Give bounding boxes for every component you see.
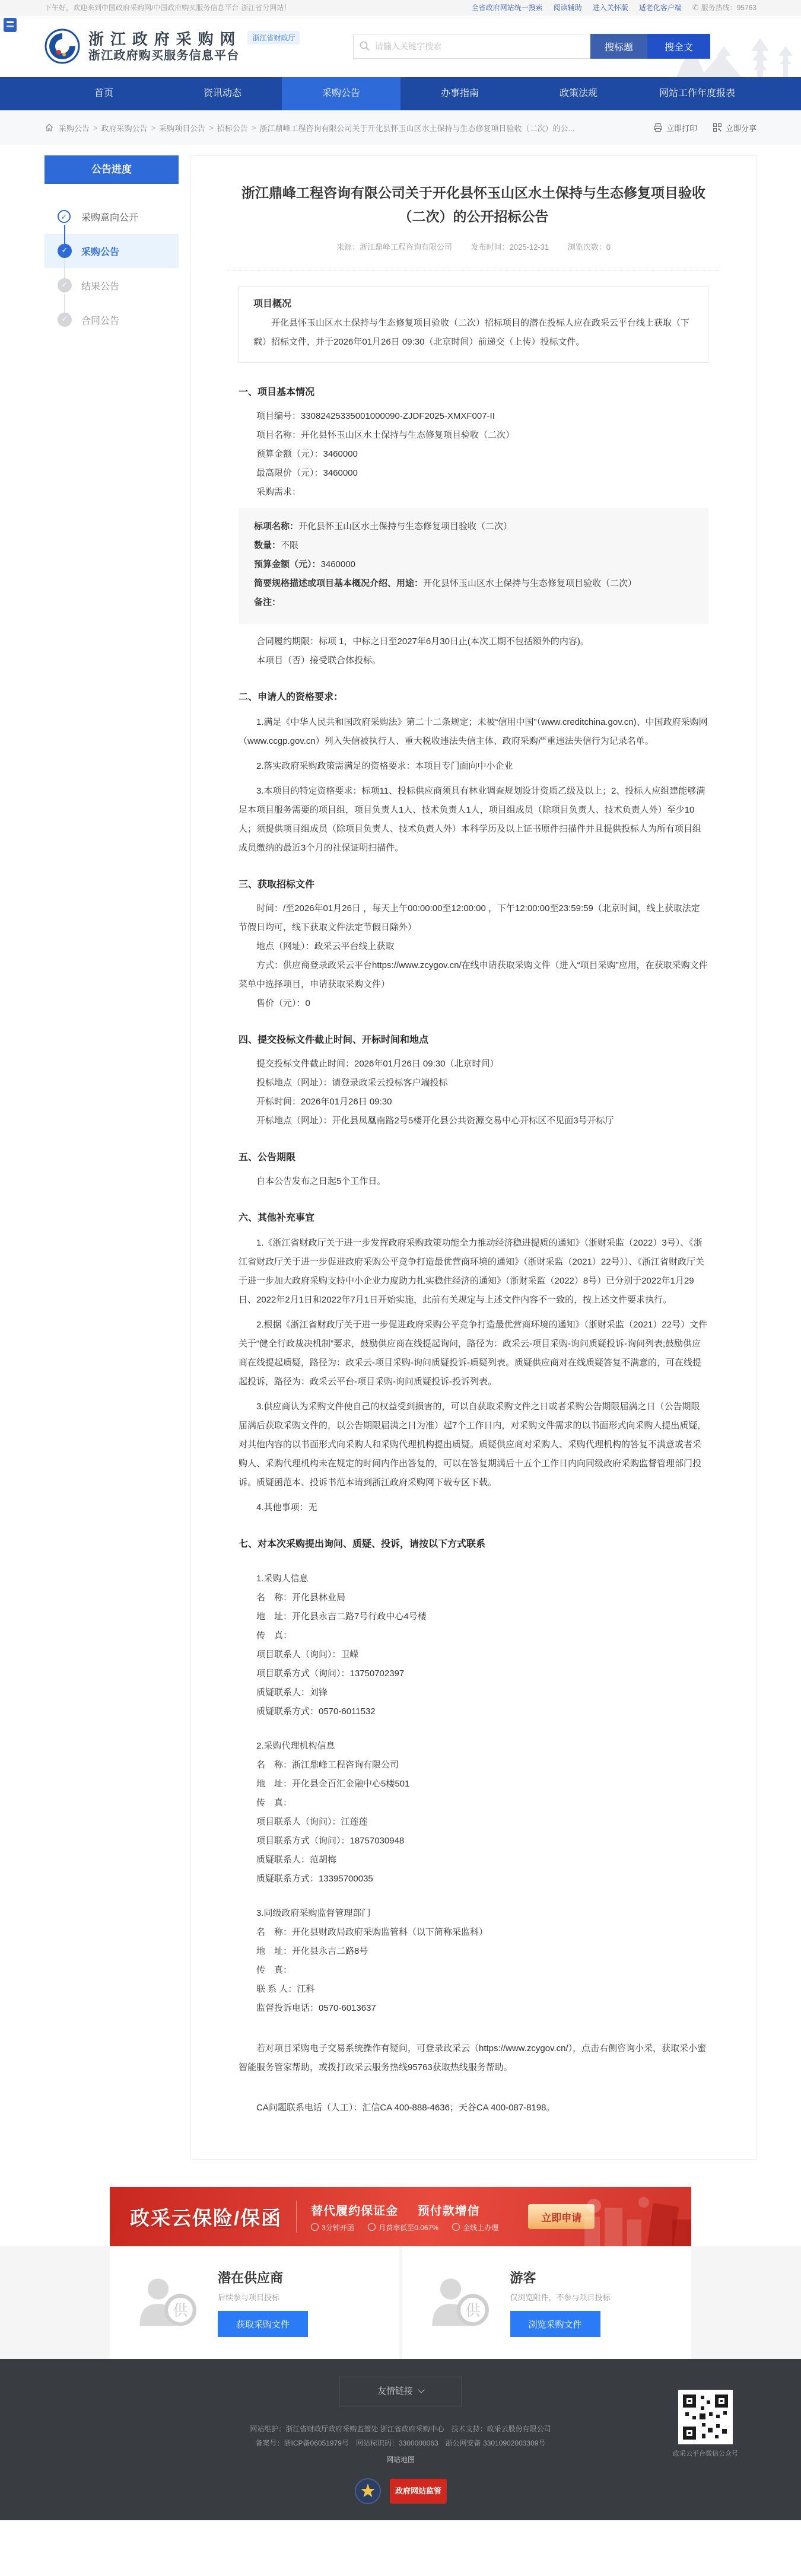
field-max-price: 最高限价（元）：3460000: [239, 464, 708, 483]
purchaser-challenge-phone: 质疑联系方式：0570-6011532: [239, 1702, 708, 1721]
qualification-p2: 2.落实政府采购政策需满足的资格要求：本项目专门面向中小企业: [239, 757, 708, 776]
site-subtitle: 浙江政府购买服务信息平台: [88, 49, 241, 63]
breadcrumb-item[interactable]: 采购公告: [59, 122, 90, 133]
card-desc: 后续参与项目投标: [218, 2291, 308, 2303]
bid-place: 投标地点（网址）：请登录政采云投标客户端投标: [239, 1074, 708, 1093]
breadcrumb-current: 浙江鼎峰工程咨询有限公司关于开化县怀玉山区水土保持与生态修复项目验收（二次）的公…: [259, 122, 574, 133]
service-hotline: ✆ 服务热线：95763: [692, 2, 757, 12]
nav-item-news[interactable]: 资讯动态: [163, 77, 282, 110]
contract-term: 合同履约期限：标项 1，中标之日至2027年6月30日止(本次工期不包括额外的内…: [239, 632, 708, 651]
qr-code-icon: [681, 2392, 730, 2442]
section-heading-7: 七、对本次采购提出询问、质疑、投诉，请按以下方式联系: [239, 1535, 708, 1554]
check-icon: ✓: [58, 313, 72, 327]
check-icon: ✓: [58, 210, 71, 223]
role-cards-strip: 供 潜在供应商 后续参与项目投标 获取采购文件 供 游客 仅浏览附件，不参与项: [0, 2246, 801, 2359]
regulator-contact: 联 系 人：江科: [239, 1980, 708, 1999]
page: 下午好，欢迎来到中国政府采购网/中国政府购买服务信息平台·浙江省分网站！ 全省政…: [0, 0, 801, 2520]
sitemap-link[interactable]: 网站地图: [386, 2453, 415, 2467]
section-heading-5: 五、公告期限: [239, 1148, 708, 1167]
section-heading-2: 二、申请人的资格要求：: [239, 688, 708, 707]
meta-source: 来源：浙江鼎峰工程咨询有限公司: [336, 243, 452, 251]
doc-time: 时间：/至2026年01月26日 ，每天上午00:00:00至12:00:00 …: [239, 899, 708, 937]
breadcrumb-item[interactable]: 政府采购公告: [101, 122, 148, 133]
site-title: 浙江政府采购网: [88, 30, 241, 49]
wechat-qr-block: 政采云平台微信公众号: [673, 2390, 738, 2459]
print-label: 立即打印: [666, 122, 697, 133]
bid-deadline: 提交投标文件截止时间：2026年01月26日 09:30（北京时间）: [239, 1055, 708, 1074]
lot-remark: 备注：: [254, 593, 693, 612]
svg-text:供: 供: [465, 2303, 481, 2319]
main-area: 公告进度 ✓ 采购意向公开 ✓ 采购公告 ✓ 结果公告 ✓ 合同公告: [44, 155, 757, 2160]
share-label: 立即分享: [726, 122, 757, 133]
closing-help-note: 若对项目采购电子交易系统操作有疑问，可登录政采云（https://www.zcy…: [239, 2039, 708, 2077]
agency-group-title: 2.采购代理机构信息: [239, 1737, 708, 1756]
supplement-p4: 4.其他事项：无: [239, 1498, 708, 1517]
search-icon: [360, 41, 370, 51]
breadcrumb-separator: >: [209, 123, 214, 132]
lot-budget: 预算金额（元）：3460000: [254, 555, 693, 574]
accessibility-corner-badge[interactable]: [4, 18, 17, 32]
gov-supervision-badge[interactable]: 政府网站监管: [390, 2479, 447, 2504]
banner-feature-3: 全线上办理: [452, 2224, 498, 2232]
field-project-number: 项目编号：33082425335001000090-ZJDF2025-XMXF0…: [239, 407, 708, 426]
banner-buildings-decoration: [573, 2193, 691, 2246]
field-project-name: 项目名称：开化县怀玉山区水土保持与生态修复项目验收（二次）: [239, 426, 708, 445]
regulator-name: 名 称：开化县财政局政府采购监管科（以下简称采监科）: [239, 1923, 708, 1942]
phone-icon: ✆: [692, 3, 699, 12]
card-desc: 仅浏览附件，不参与项目投标: [510, 2291, 611, 2303]
field-budget: 预算金额（元）：3460000: [239, 445, 708, 464]
announcement-article: 浙江鼎峰工程咨询有限公司关于开化县怀玉山区水土保持与生态修复项目验收（二次）的公…: [190, 155, 757, 2160]
project-overview-box: 项目概况 开化县怀玉山区水土保持与生态修复项目验收（二次）招标项目的潜在投标人应…: [239, 286, 708, 363]
card-title: 游客: [510, 2268, 611, 2287]
search-bar: 搜标题 搜全文: [353, 34, 710, 59]
print-button[interactable]: 立即打印: [653, 122, 697, 133]
search-fulltext-button[interactable]: 搜全文: [647, 34, 710, 59]
purchaser-contact: 项目联系人（询问）：卫嵘: [239, 1645, 708, 1664]
supplier-person-icon: 供: [133, 2272, 198, 2333]
qr-caption: 政采云平台微信公众号: [673, 2449, 738, 2459]
regulator-address: 地 址：开化县永吉二路8号: [239, 1942, 708, 1961]
nav-item-procurement-notices[interactable]: 采购公告: [282, 77, 401, 110]
overview-body: 开化县怀玉山区水土保持与生态修复项目验收（二次）招标项目的潜在投标人应在政采云平…: [253, 314, 694, 352]
top-utility-bar: 下午好，欢迎来到中国政府采购网/中国政府购买服务信息平台·浙江省分网站！ 全省政…: [0, 0, 801, 15]
card-potential-supplier: 供 潜在供应商 后续参与项目投标 获取采购文件: [110, 2246, 399, 2359]
qualification-p3: 3.本项目的特定资格要求：标项11、投标供应商须具有林业调查规划设计资质乙级及以…: [239, 782, 708, 858]
breadcrumb-item[interactable]: 采购项目公告: [159, 122, 205, 133]
topbar-link-care-version[interactable]: 进入关怀版: [593, 2, 628, 12]
banner-title: 政采云保险/保函: [130, 2203, 282, 2231]
purchaser-contact-phone: 项目联系方式（询问）：13750702397: [239, 1664, 708, 1683]
dotted-divider: [227, 270, 720, 270]
closing-ca-note: CA问题联系电话（人工）：汇信CA 400-888-4636；天谷CA 400-…: [239, 2099, 708, 2118]
agency-challenge-contact: 质疑联系人：范胡梅: [239, 1851, 708, 1870]
site-header: 浙江政府采购网 浙江政府购买服务信息平台 浙江省财政厅 搜标题 搜全文: [0, 15, 801, 77]
doc-price: 售价（元）：0: [239, 994, 708, 1013]
visitor-person-icon: 供: [426, 2272, 490, 2333]
search-title-button[interactable]: 搜标题: [590, 34, 647, 59]
section-heading-6: 六、其他补充事宜: [239, 1209, 708, 1228]
agency-challenge-phone: 质疑联系方式：13395700035: [239, 1870, 708, 1889]
breadcrumb-separator: >: [93, 123, 98, 132]
topbar-link-reading-aid[interactable]: 阅读辅助: [554, 2, 582, 12]
section-heading-3: 三、获取招标文件: [239, 875, 708, 894]
site-logo[interactable]: 浙江政府采购网 浙江政府购买服务信息平台: [44, 28, 241, 64]
purchaser-fax: 传 真：: [239, 1626, 708, 1645]
lot-name: 标项名称：开化县怀玉山区水土保持与生态修复项目验收（二次）: [254, 517, 693, 536]
agency-name: 名 称：浙江鼎峰工程咨询有限公司: [239, 1756, 708, 1775]
card-visitor: 供 游客 仅浏览附件，不参与项目投标 浏览采购文件: [402, 2246, 692, 2359]
print-icon: [653, 123, 663, 132]
qr-share-icon: [713, 123, 722, 132]
lot-detail-box: 标项名称：开化县怀玉山区水土保持与生态修复项目验收（二次） 数量：不限 预算金额…: [239, 508, 708, 624]
logo-emblem-icon: [44, 28, 80, 64]
regulator-complaint-phone: 监督投诉电话：0570-6013637: [239, 1999, 708, 2018]
sidebar-title: 公告进度: [44, 155, 179, 184]
nav-item-guide[interactable]: 办事指南: [401, 77, 519, 110]
agency-address: 地 址：开化县金百汇金融中心5楼501: [239, 1775, 708, 1794]
regulator-group-title: 3.同级政府采购监督管理部门: [239, 1904, 708, 1923]
nav-item-policies[interactable]: 政策法规: [519, 77, 638, 110]
banner-feature-2: 月费率低至0.067%: [368, 2224, 438, 2232]
lot-description: 简要规格描述或项目基本概况介绍、用途：开化县怀玉山区水土保持与生态修复项目验收（…: [254, 574, 693, 593]
gov-emblem-badge[interactable]: [354, 2476, 382, 2506]
nav-item-annual-report[interactable]: 网站工作年度报表: [638, 77, 757, 110]
meta-views: 浏览次数：0: [568, 243, 611, 251]
step-label: 合同公告: [81, 313, 119, 327]
banner-divider: [296, 2201, 297, 2233]
breadcrumb-bar: 采购公告 > 政府采购公告 > 采购项目公告 > 招标公告 > 浙江鼎峰工程咨询…: [0, 110, 801, 145]
main-nav: 首页 资讯动态 采购公告 办事指南 政策法规 网站工作年度报表: [0, 77, 801, 110]
page-title: 浙江鼎峰工程咨询有限公司关于开化县怀玉山区水土保持与生态修复项目验收（二次）的公…: [239, 181, 708, 228]
step-label: 采购公告: [81, 244, 119, 258]
lot-quantity: 数量：不限: [254, 536, 693, 555]
article-meta: 来源：浙江鼎峰工程咨询有限公司 发布时间：2025-12-31 浏览次数：0: [239, 238, 708, 257]
card-title: 潜在供应商: [218, 2268, 308, 2287]
friend-links-dropdown[interactable]: 友情链接: [339, 2377, 462, 2406]
consortium-note: 本项目（否）接受联合体投标。: [239, 651, 708, 670]
regulator-fax: 传 真：: [239, 1961, 708, 1980]
svg-text:供: 供: [173, 2303, 188, 2319]
breadcrumb-separator: >: [151, 123, 156, 132]
step-label: 采购意向公开: [81, 210, 138, 224]
step-contract-notice[interactable]: ✓ 合同公告: [44, 303, 179, 337]
banner-feature-1: 3分钟开函: [311, 2224, 354, 2232]
topbar-link-elder-client[interactable]: 适老化客户端: [639, 2, 682, 12]
agency-contact-phone: 项目联系方式（询问）：18757030948: [239, 1832, 708, 1851]
check-icon: ✓: [58, 244, 72, 258]
doc-method: 方式：供应商登录政采云平台https://www.zcygov.cn/在线申请获…: [239, 956, 708, 994]
nav-item-home[interactable]: 首页: [44, 77, 163, 110]
org-badge: 浙江省财政厅: [247, 31, 300, 44]
meta-publish-date: 发布时间：2025-12-31: [471, 243, 549, 251]
banner-sub1: 替代履约保证金: [311, 2205, 398, 2218]
purchaser-name: 名 称：开化县林业局: [239, 1588, 708, 1607]
site-footer: 友情链接 网站维护：浙江省财政厅政府采购监管处 浙江省政府采购中心 技术支持：政…: [0, 2359, 801, 2520]
progress-sidebar: 公告进度 ✓ 采购意向公开 ✓ 采购公告 ✓ 结果公告 ✓ 合同公告: [44, 155, 179, 361]
insurance-ad-banner[interactable]: 政采云保险/保函 替代履约保证金 预付款增信 3分钟开函 月费率低至0.067%…: [110, 2187, 691, 2246]
notice-period: 自本公告发布之日起5个工作日。: [239, 1172, 708, 1191]
home-icon[interactable]: [44, 123, 54, 132]
hotline-text: 服务热线：95763: [701, 2, 757, 12]
share-button[interactable]: 立即分享: [713, 122, 757, 133]
get-documents-button[interactable]: 获取采购文件: [218, 2311, 308, 2337]
banner-subtitle-block: 替代履约保证金 预付款增信 3分钟开函 月费率低至0.067% 全线上办理: [311, 2201, 510, 2233]
purchaser-address: 地 址：开化县永吉二路7号行政中心4号楼: [239, 1607, 708, 1626]
open-place: 开标地点（网址）：开化县凤凰南路2号5楼开化县公共资源交易中心开标区不见面3号开…: [239, 1112, 708, 1131]
greeting-text: 下午好，欢迎来到中国政府采购网/中国政府购买服务信息平台·浙江省分网站！: [44, 2, 291, 12]
check-icon: ✓: [58, 278, 72, 292]
search-input[interactable]: [353, 34, 590, 59]
supplement-p1: 1.《浙江省财政厅关于进一步发挥政府采购政策功能全力推动经济稳进提质的通知》（浙…: [239, 1234, 708, 1310]
browse-documents-button[interactable]: 浏览采购文件: [510, 2311, 600, 2337]
supplement-p2: 2.根据《浙江省财政厅关于进一步促进政府采购公平竞争打造最优营商环境的通知》（浙…: [239, 1316, 708, 1392]
agency-contact: 项目联系人（询问）：江莲莲: [239, 1813, 708, 1832]
field-requirement: 采购需求：: [239, 483, 708, 502]
supplement-p3: 3.供应商认为采购文件使自己的权益受到损害的，可以自获取采购文件之日或者采购公告…: [239, 1397, 708, 1492]
topbar-link-site-search[interactable]: 全省政府网站统一搜索: [472, 2, 543, 12]
doc-place: 地点（网址）：政采云平台线上获取: [239, 937, 708, 956]
qualification-p1: 1.满足《中华人民共和国政府采购法》第二十二条规定；未被“信用中国”（www.c…: [239, 713, 708, 751]
section-heading-1: 一、项目基本情况: [239, 383, 708, 402]
agency-fax: 传 真：: [239, 1794, 708, 1813]
open-time: 开标时间：2026年01月26日 09:30: [239, 1093, 708, 1112]
section-heading-4: 四、提交投标文件截止时间、开标时间和地点: [239, 1031, 708, 1050]
breadcrumb-item[interactable]: 招标公告: [217, 122, 248, 133]
banner-sub2: 预付款增信: [418, 2205, 480, 2218]
purchaser-challenge-contact: 质疑联系人：刘锋: [239, 1683, 708, 1702]
purchaser-group-title: 1.采购人信息: [239, 1569, 708, 1588]
overview-title: 项目概况: [253, 295, 694, 314]
step-label: 结果公告: [81, 279, 119, 292]
breadcrumb-separator: >: [252, 123, 256, 132]
